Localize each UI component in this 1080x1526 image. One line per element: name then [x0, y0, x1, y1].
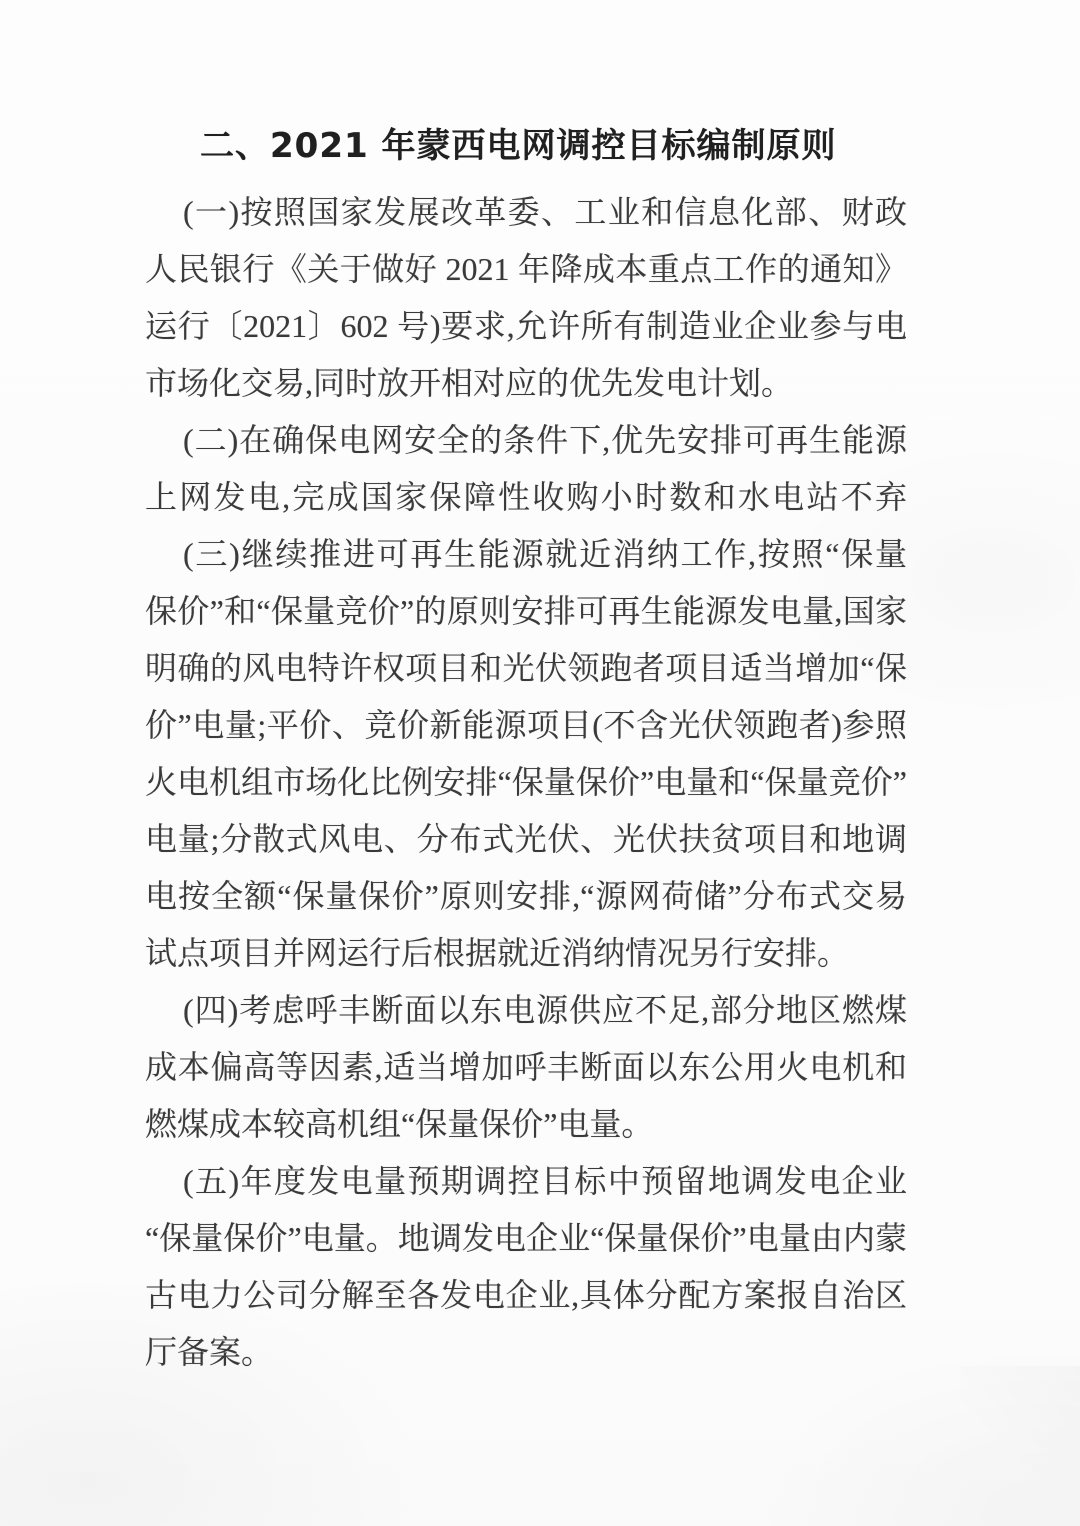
paragraph-4: (四)考虑呼丰断面以东电源供应不足,部分地区燃煤 成本偏高等因素,适当增加呼丰断… — [145, 982, 907, 1153]
text-line: “保量保价”电量。地调发电企业“保量保价”电量由内蒙 — [145, 1210, 907, 1267]
text-line: 电量;分散式风电、分布式光伏、光伏扶贫项目和地调小水 — [145, 811, 907, 868]
scan-shadow-artifact — [960, 1366, 1080, 1526]
text-line: 市场化交易,同时放开相对应的优先发电计划。 — [145, 355, 907, 412]
text-line: (四)考虑呼丰断面以东电源供应不足,部分地区燃煤 — [145, 982, 907, 1039]
paragraph-2: (二)在确保电网安全的条件下,优先安排可再生能源 上网发电,完成国家保障性收购小… — [145, 412, 907, 526]
text-line: (二)在确保电网安全的条件下,优先安排可再生能源 — [145, 412, 907, 469]
text-line: 成本偏高等因素,适当增加呼丰断面以东公用火电机和部分 — [145, 1039, 907, 1096]
scanned-document-page: 二、2021 年蒙西电网调控目标编制原则 (一)按照国家发展改革委、工业和信息化… — [0, 0, 1080, 1526]
paragraph-5: (五)年度发电量预期调控目标中预留地调发电企业 “保量保价”电量。地调发电企业“… — [145, 1153, 907, 1381]
text-line: 厅备案。 — [145, 1324, 907, 1381]
text-line: 明确的风电特许权项目和光伏领跑者项目适当增加“保量保 — [145, 640, 907, 697]
text-line: 试点项目并网运行后根据就近消纳情况另行安排。 — [145, 925, 907, 982]
text-line: 火电机组市场化比例安排“保量保价”电量和“保量竞价” — [145, 754, 907, 811]
paragraph-3: (三)继续推进可再生能源就近消纳工作,按照“保量 保价”和“保量竞价”的原则安排… — [145, 526, 907, 982]
text-line: 上网发电,完成国家保障性收购小时数和水电站不弃水。 — [145, 469, 907, 526]
text-line: (三)继续推进可再生能源就近消纳工作,按照“保量 — [145, 526, 907, 583]
text-line: (一)按照国家发展改革委、工业和信息化部、财政部、 — [145, 184, 907, 241]
section-heading: 二、2021 年蒙西电网调控目标编制原则 — [200, 122, 907, 184]
text-line: 电按全额“保量保价”原则安排,“源网荷储”分布式交易 — [145, 868, 907, 925]
text-line: 价”电量;平价、竞价新能源项目(不含光伏领跑者)参照 — [145, 697, 907, 754]
text-line: (五)年度发电量预期调控目标中预留地调发电企业 — [145, 1153, 907, 1210]
text-line: 古电力公司分解至各发电企业,具体分配方案报自治区工信 — [145, 1267, 907, 1324]
text-line: 运行〔2021〕602 号)要求,允许所有制造业企业参与电力 — [145, 298, 907, 355]
text-line: 人民银行《关于做好 2021 年降成本重点工作的通知》(发改 — [145, 241, 907, 298]
document-body: 二、2021 年蒙西电网调控目标编制原则 (一)按照国家发展改革委、工业和信息化… — [145, 122, 907, 1381]
paragraph-1: (一)按照国家发展改革委、工业和信息化部、财政部、 人民银行《关于做好 2021… — [145, 184, 907, 412]
text-line: 保价”和“保量竞价”的原则安排可再生能源发电量,国家 — [145, 583, 907, 640]
text-line: 燃煤成本较高机组“保量保价”电量。 — [145, 1096, 907, 1153]
